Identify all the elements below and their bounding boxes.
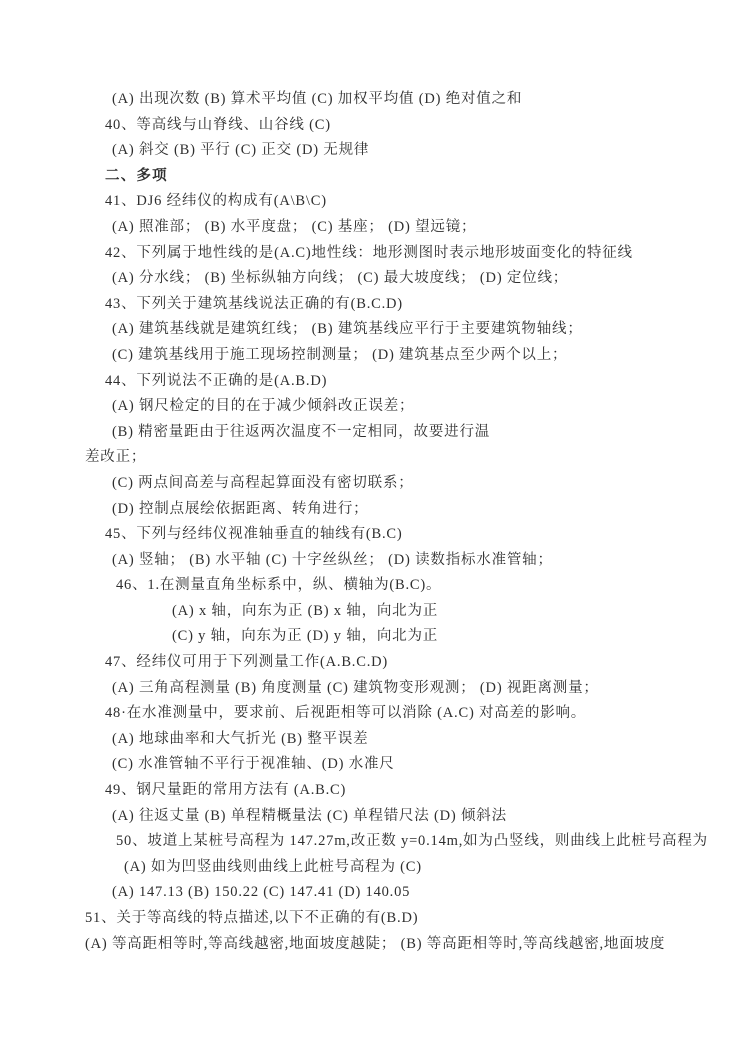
document-line: 50、坡道上某桩号高程为 147.27m,改正数 y=0.14m,如为凸竖线，则… (116, 829, 704, 855)
document-line: (C) 两点间高差与高程起算面没有密切联系； (112, 471, 704, 497)
document-line: (A) 等高距相等时,等高线越密,地面坡度越陡； (B) 等高距相等时,等高线越… (85, 932, 704, 958)
document-line: (C) 建筑基线用于施工现场控制测量； (D) 建筑基点至少两个以上； (112, 343, 704, 369)
document-line: (D) 控制点展绘依据距离、转角进行； (112, 497, 704, 523)
document-line: (A) 如为凹竖曲线则曲线上此桩号高程为 (C) (124, 855, 704, 881)
document-line: (A) 地球曲率和大气折光 (B) 整平误差 (112, 727, 704, 753)
document-line: 49、钢尺量距的常用方法有 (A.B.C) (105, 778, 704, 804)
document-line: 43、下列关于建筑基线说法正确的有(B.C.D) (105, 292, 704, 318)
document-line: (C) 水准管轴不平行于视准轴、(D) 水准尺 (112, 752, 704, 778)
document-line: 41、DJ6 经纬仪的构成有(A\B\C) (105, 189, 704, 215)
document-line: 45、下列与经纬仪视准轴垂直的轴线有(B.C) (105, 522, 704, 548)
document-line: 40、等高线与山脊线、山谷线 (C) (105, 113, 704, 139)
document-line: (C) y 轴，向东为正 (D) y 轴，向北为正 (172, 624, 704, 650)
document-line: 42、下列属于地性线的是(A.C)地性线：地形测图时表示地形坡面变化的特征线 (105, 241, 704, 267)
document-line: 48·在水准测量中，要求前、后视距相等可以消除 (A.C) 对高差的影响。 (105, 701, 704, 727)
document-line: (A) 竖轴； (B) 水平轴 (C) 十字丝纵丝； (D) 读数指标水准管轴； (112, 548, 704, 574)
section-heading: 二、多项 (105, 164, 704, 190)
document-page: (A) 出现次数 (B) 算术平均值 (C) 加权平均值 (D) 绝对值之和40… (0, 0, 744, 1052)
document-line: (A) 照准部； (B) 水平度盘； (C) 基座； (D) 望远镜； (112, 215, 704, 241)
document-line: (B) 精密量距由于往返两次温度不一定相同，故要进行温 (112, 420, 704, 446)
document-line: 47、经纬仪可用于下列测量工作(A.B.C.D) (105, 650, 704, 676)
document-line: (A) x 轴，向东为正 (B) x 轴，向北为正 (172, 599, 704, 625)
document-line: 差改正； (85, 445, 704, 471)
document-line: (A) 三角高程测量 (B) 角度测量 (C) 建筑物变形观测； (D) 视距离… (112, 676, 704, 702)
document-body: (A) 出现次数 (B) 算术平均值 (C) 加权平均值 (D) 绝对值之和40… (0, 0, 744, 1052)
document-line: (A) 建筑基线就是建筑红线； (B) 建筑基线应平行于主要建筑物轴线； (112, 317, 704, 343)
document-line: (A) 钢尺检定的目的在于减少倾斜改正误差； (112, 394, 704, 420)
document-line: 51、关于等高线的特点描述,以下不正确的有(B.D) (85, 906, 704, 932)
document-line: 46、1.在测量直角坐标系中，纵、横轴为(B.C)。 (116, 573, 704, 599)
document-line: (A) 斜交 (B) 平行 (C) 正交 (D) 无规律 (112, 138, 704, 164)
document-line: (A) 分水线； (B) 坐标纵轴方向线； (C) 最大坡度线； (D) 定位线… (112, 266, 704, 292)
document-line: (A) 出现次数 (B) 算术平均值 (C) 加权平均值 (D) 绝对值之和 (112, 87, 704, 113)
document-line: (A) 往返丈量 (B) 单程精概量法 (C) 单程错尺法 (D) 倾斜法 (112, 804, 704, 830)
document-line: 44、下列说法不正确的是(A.B.D) (105, 369, 704, 395)
document-line: (A) 147.13 (B) 150.22 (C) 147.41 (D) 140… (112, 880, 704, 906)
